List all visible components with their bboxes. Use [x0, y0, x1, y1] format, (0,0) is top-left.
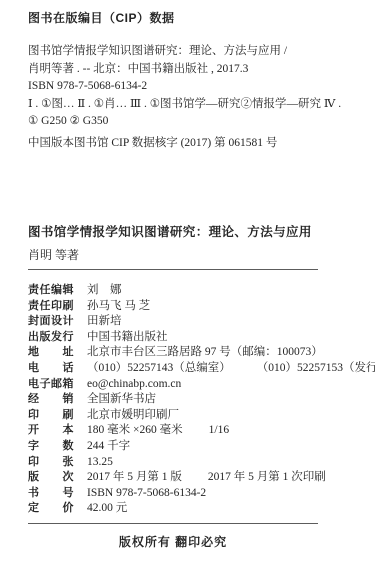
pub-row-printer: 印 刷 北京市媛明印刷厂: [28, 408, 345, 424]
pub-value: 244 千字: [87, 439, 130, 455]
cip-registry-line: 中国版本图书馆 CIP 数据核字 (2017) 第 061581 号: [28, 135, 345, 153]
pub-label: 开 本: [28, 423, 76, 439]
pub-label: 封面设计: [28, 314, 76, 330]
pub-label: 责任编辑: [28, 283, 76, 299]
copyright-page: 图书在版编目（CIP）数据 图书馆学情报学知识图谱研究：理论、方法与应用 / 肖…: [0, 0, 375, 582]
pub-row-sheets: 印 张 13.25: [28, 455, 345, 471]
pub-value: 42.00 元: [87, 501, 127, 517]
pub-value: 中国书籍出版社: [87, 330, 168, 346]
pub-row-publisher: 出版发行 中国书籍出版社: [28, 330, 345, 346]
pub-label: 字 数: [28, 439, 76, 455]
pub-row-address: 地 址 北京市丰台区三路居路 97 号（邮编：100073）: [28, 345, 345, 361]
cip-record-line-title: 图书馆学情报学知识图谱研究：理论、方法与应用 /: [28, 43, 345, 61]
pub-label: 电 话: [28, 361, 76, 377]
pub-value-secondary: 2017 年 5 月第 1 次印刷: [208, 470, 326, 486]
pub-row-edition: 版 次 2017 年 5 月第 1 版 2017 年 5 月第 1 次印刷: [28, 470, 345, 486]
pub-row-distribution: 经 销 全国新华书店: [28, 392, 345, 408]
pub-value: 13.25: [87, 455, 113, 471]
pub-value: eo@chinabp.com.cn: [87, 377, 181, 393]
pub-value: 北京市丰台区三路居路 97 号（邮编：100073）: [87, 345, 323, 361]
pub-value: ISBN 978-7-5068-6134-2: [87, 486, 206, 502]
pub-value: （010）52257143（总编室）: [87, 361, 231, 377]
pub-value: 180 毫米 ×260 毫米: [87, 423, 183, 439]
title-block: 图书馆学情报学知识图谱研究：理论、方法与应用 肖明 等著: [28, 224, 318, 270]
book-author: 肖明 等著: [28, 248, 318, 262]
cip-header: 图书在版编目（CIP）数据: [28, 9, 345, 26]
pub-label: 责任印刷: [28, 299, 76, 315]
pub-label: 印 张: [28, 455, 76, 471]
pub-label: 书 号: [28, 486, 76, 502]
publication-info-list: 责任编辑 刘 娜 责任印刷 孙马飞 马 芝 封面设计 田新培 出版发行 中国书籍…: [28, 283, 345, 517]
pub-row-print-supervisor: 责任印刷 孙马飞 马 芝: [28, 299, 345, 315]
pub-row-email: 电子邮箱 eo@chinabp.com.cn: [28, 377, 345, 393]
pub-label: 印 刷: [28, 408, 76, 424]
pub-row-phone: 电 话 （010）52257143（总编室） （010）52257153（发行部…: [28, 361, 345, 377]
cip-record-line-publisher: 肖明等著 . -- 北京：中国书籍出版社 , 2017.3: [28, 61, 345, 79]
pub-row-cover-design: 封面设计 田新培: [28, 314, 345, 330]
book-title: 图书馆学情报学知识图谱研究：理论、方法与应用: [28, 224, 318, 240]
pub-value: 北京市媛明印刷厂: [87, 408, 179, 424]
pub-row-isbn: 书 号 ISBN 978-7-5068-6134-2: [28, 486, 345, 502]
pub-value: 田新培: [87, 314, 122, 330]
cip-classification-line-1: Ⅰ . ①图… Ⅱ . ①肖… Ⅲ . ①图书馆学—研究②情报学—研究 Ⅳ .: [28, 96, 345, 114]
pub-value-secondary: （010）52257153（发行部）: [257, 361, 375, 377]
bottom-divider: [28, 523, 318, 524]
pub-row-format: 开 本 180 毫米 ×260 毫米 1/16: [28, 423, 345, 439]
pub-label: 电子邮箱: [28, 377, 76, 393]
pub-label: 出版发行: [28, 330, 76, 346]
pub-label: 定 价: [28, 501, 76, 517]
pub-row-editor: 责任编辑 刘 娜: [28, 283, 345, 299]
cip-record-block: 图书馆学情报学知识图谱研究：理论、方法与应用 / 肖明等著 . -- 北京：中国…: [28, 43, 345, 152]
copyright-notice: 版权所有 翻印必究: [28, 533, 318, 550]
pub-row-word-count: 字 数 244 千字: [28, 439, 345, 455]
cip-classification-line-2: ① G250 ② G350: [28, 113, 345, 131]
cip-record-line-isbn: ISBN 978-7-5068-6134-2: [28, 78, 345, 96]
pub-value: 刘 娜: [87, 283, 122, 299]
pub-value-secondary: 1/16: [209, 423, 229, 439]
pub-value: 2017 年 5 月第 1 版: [87, 470, 182, 486]
pub-label: 经 销: [28, 392, 76, 408]
pub-label: 版 次: [28, 470, 76, 486]
pub-value: 全国新华书店: [87, 392, 156, 408]
pub-label: 地 址: [28, 345, 76, 361]
pub-value: 孙马飞 马 芝: [87, 299, 150, 315]
pub-row-price: 定 价 42.00 元: [28, 501, 345, 517]
